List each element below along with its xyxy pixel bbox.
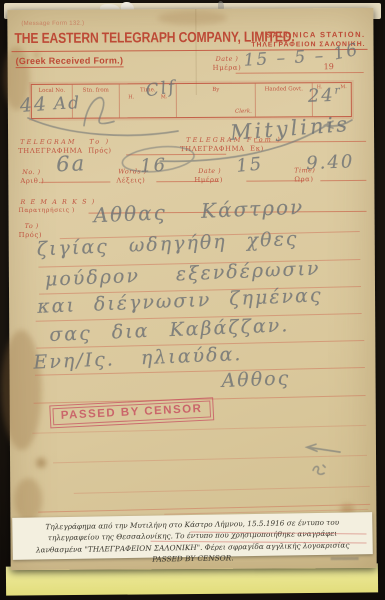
telegram-form-paper: (Message Form 132.) THE EASTERN TELEGRAP… bbox=[7, 8, 376, 570]
ruled-line bbox=[74, 486, 370, 494]
telegram-photograph: (Message Form 132.) THE EASTERN TELEGRAP… bbox=[0, 0, 385, 600]
caption-strip: Τηλεγράφημα από την Μυτιλήνη στο Κάστρο … bbox=[12, 512, 373, 560]
ruled-line bbox=[38, 504, 370, 513]
hw-signature: Αθθος bbox=[221, 367, 291, 392]
ruled-line bbox=[53, 455, 367, 463]
small-print-mark bbox=[331, 557, 359, 560]
stamp-text: PASSED BY CENSOR bbox=[52, 400, 210, 425]
